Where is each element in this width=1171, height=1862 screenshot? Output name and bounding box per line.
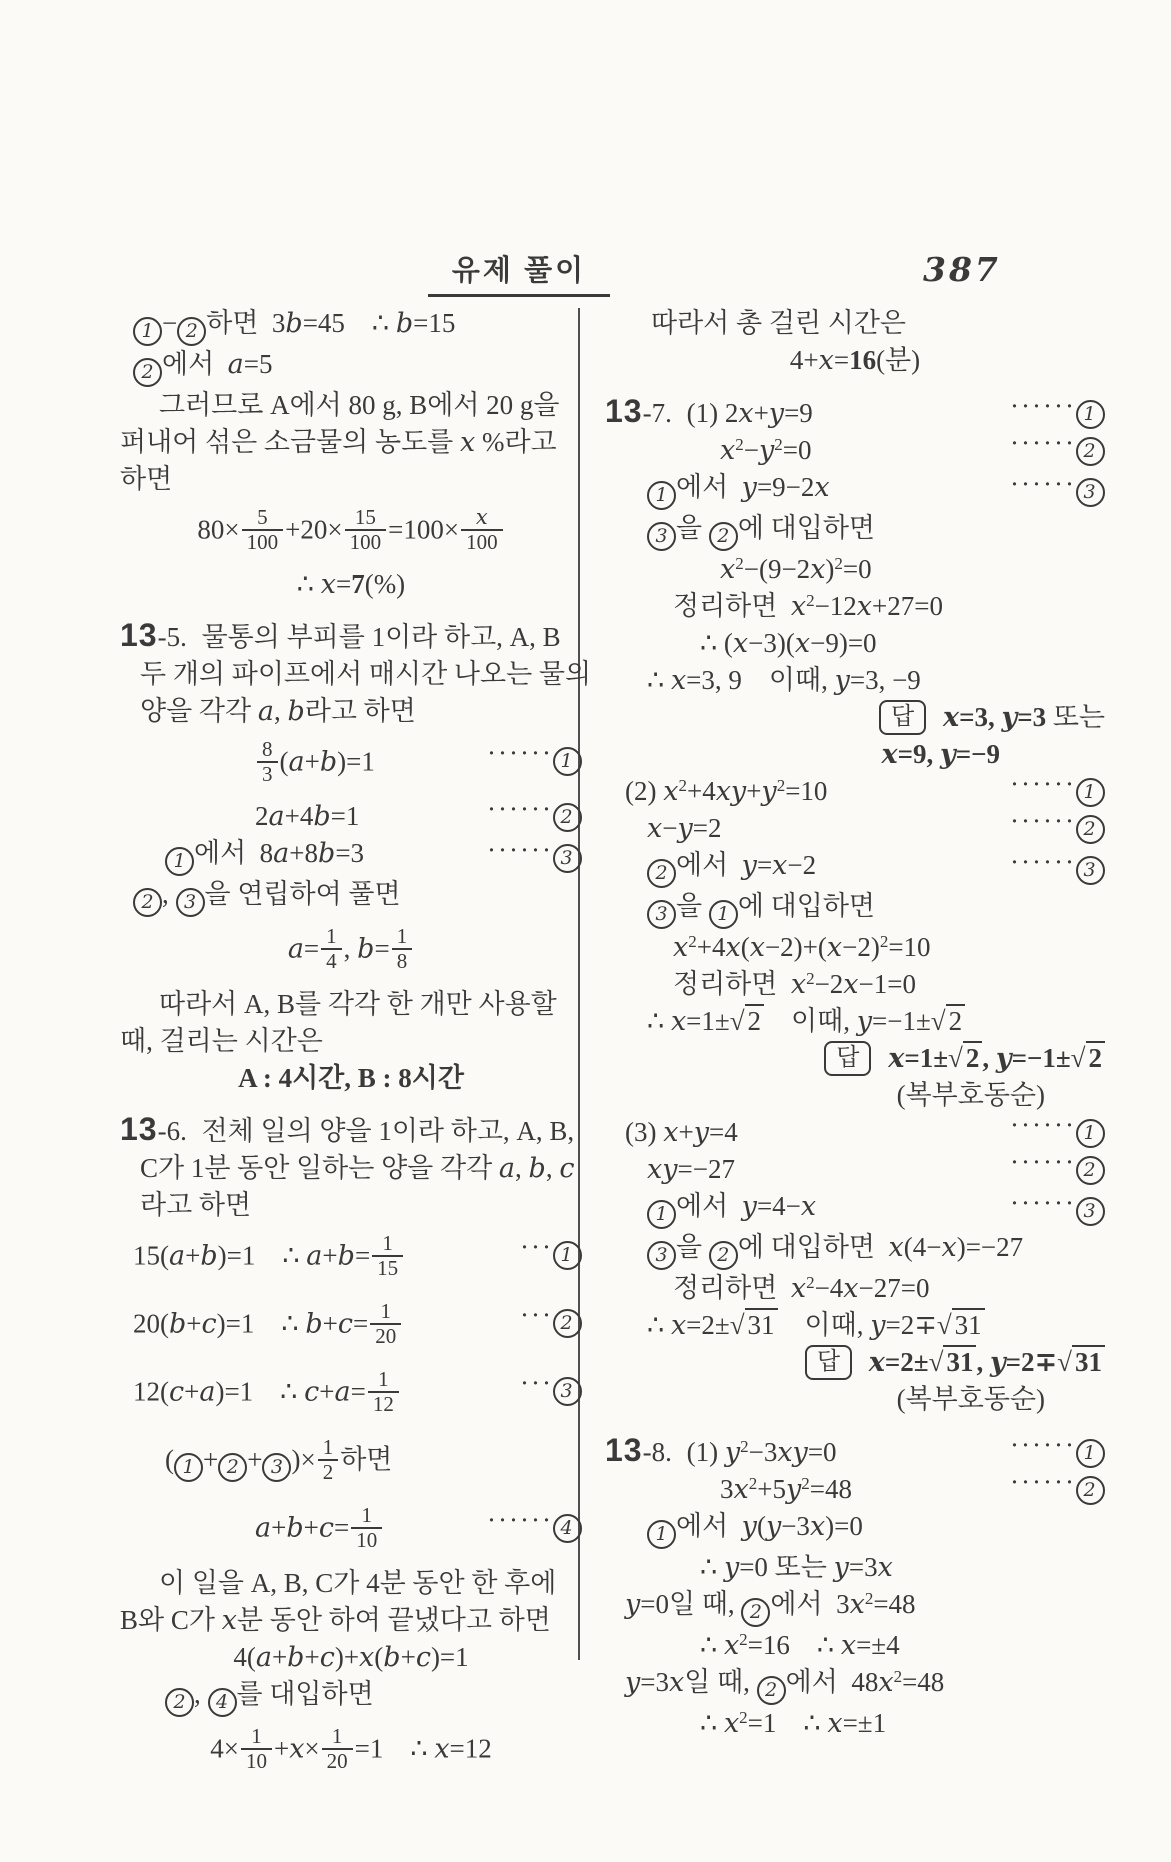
fraction: 5100 (242, 506, 284, 554)
circled-number: 2 (709, 1241, 738, 1270)
solution-line: (복부호동순) (605, 1381, 1105, 1418)
sqrt-radical: √31 (1057, 1345, 1105, 1377)
solution-line: 4(a+b+c)+x(b+c)=1 (120, 1639, 582, 1676)
circled-number: 3 (1076, 856, 1105, 885)
solution-line: 1에서 y(y−3x)=0 (647, 1508, 1105, 1549)
solution-line: 1에서 8a+8b=3······3 (165, 835, 582, 876)
solution-line: 답 x=1±√2, y=−1±√2 (605, 1040, 1105, 1077)
circled-number: 3 (1076, 478, 1105, 507)
solution-line: C가 1분 동안 일하는 양을 각각 a, b, c (140, 1150, 582, 1187)
right-column: 따라서 총 걸린 시간은4+x=16(분)13-7. (1) 2x+y=9···… (605, 305, 1105, 1742)
equation-reference: ······1 (1010, 766, 1105, 807)
solution-line: y=3x일 때, 2에서 48x2=48 (625, 1664, 1105, 1705)
solution-line: 2, 3을 연립하여 풀면 (133, 876, 582, 917)
solution-line: x2−(9−2x)2=0 (720, 551, 1105, 588)
circled-number: 2 (133, 358, 162, 387)
solution-line: ∴ x2=1 ∴ x=±1 (700, 1705, 1105, 1742)
solution-line: 때, 걸리는 시간은 (120, 1023, 582, 1060)
solution-line: 이 일을 A, B, C가 4분 동안 한 후에 (133, 1565, 582, 1602)
solution-line: 그러므로 A에서 80 g, B에서 20 g을 (133, 387, 582, 424)
solution-line: 답 x=3, y=3 또는 (605, 699, 1105, 736)
circled-number: 4 (208, 1688, 237, 1717)
sqrt-radical: √31 (929, 1345, 977, 1377)
circled-number: 2 (709, 522, 738, 551)
fraction: x100 (461, 506, 503, 554)
sqrt-radical: √2 (931, 1004, 965, 1036)
solution-line: x2+4x(x−2)+(x−2)2=10 (673, 929, 1105, 966)
solution-line: 1−2하면 3b=45 ∴ b=15 (133, 305, 582, 346)
circled-number: 1 (165, 847, 194, 876)
sqrt-radical: √2 (730, 1004, 764, 1036)
solution-line: 정리하면 x2−4x−27=0 (673, 1270, 1105, 1307)
solution-line: 3을 1에 대입하면 (647, 888, 1105, 929)
circled-number: 3 (1076, 1197, 1105, 1226)
solution-line: 1에서 y=4−x······3 (647, 1188, 1105, 1229)
solution-line: 하면 (120, 461, 582, 498)
fraction: 15100 (345, 506, 387, 554)
circled-number: 2 (133, 888, 162, 917)
equation-reference: ······2 (1010, 1144, 1105, 1185)
sqrt-radical: √2 (1071, 1041, 1105, 1073)
circled-number: 1 (174, 1453, 203, 1482)
fraction: 18 (392, 925, 413, 973)
solution-line: 83(a+b)=1······1 (255, 730, 582, 798)
answer-box: 답 (805, 1345, 852, 1380)
solution-line: 따라서 A, B를 각각 한 개만 사용할 (133, 986, 582, 1023)
circled-number: 1 (647, 1200, 676, 1229)
fraction: 115 (372, 1232, 403, 1280)
solution-line: A : 4시간, B : 8시간 (120, 1060, 582, 1097)
circled-number: 4 (553, 1514, 582, 1543)
circled-number: 2 (1076, 437, 1105, 466)
solution-line: x2−y2=0······2 (720, 432, 1105, 469)
solution-line: 따라서 총 걸린 시간은 (625, 305, 1105, 342)
solution-line: 라고 하면 (140, 1187, 582, 1224)
solution-line: 15(a+b)=1 ∴ a+b=115···1 (133, 1224, 582, 1292)
page-number: 387 (923, 250, 1001, 289)
circled-number: 3 (553, 1377, 582, 1406)
circled-number: 3 (647, 522, 676, 551)
circled-number: 1 (709, 900, 738, 929)
fraction: 83 (257, 738, 278, 786)
equation-reference: ······2 (487, 791, 582, 832)
left-column: 1−2하면 3b=45 ∴ b=152에서 a=5그러므로 A에서 80 g, … (100, 305, 582, 1785)
solution-line: 20(b+c)=1 ∴ b+c=120···2 (133, 1292, 582, 1360)
problem-number: 13-6. (120, 1116, 187, 1146)
equation-reference: ······1 (1010, 1107, 1105, 1148)
fraction: 110 (351, 1504, 382, 1552)
equation-reference: ···1 (520, 1229, 582, 1270)
circled-number: 2 (647, 859, 676, 888)
solution-line: ∴ x=1±√2 이때, y=−1±√2 (647, 1003, 1105, 1040)
fraction: 120 (322, 1725, 353, 1773)
solution-line: 양을 각각 a, b라고 하면 (140, 693, 582, 730)
solution-line: (1+2+3)×12하면 (165, 1428, 582, 1496)
circled-number: 1 (133, 317, 162, 346)
circled-number: 2 (553, 803, 582, 832)
equation-reference: ······2 (1010, 803, 1105, 844)
circled-number: 3 (176, 888, 205, 917)
solution-line: 2a+4b=1······2 (255, 798, 582, 835)
solution-line: y=0일 때, 2에서 3x2=48 (625, 1586, 1105, 1627)
circled-number: 2 (165, 1688, 194, 1717)
equation-reference: ······2 (1010, 1464, 1105, 1505)
solution-line: 정리하면 x2−12x+27=0 (673, 588, 1105, 625)
solution-line: ∴ y=0 또는 y=3x (700, 1549, 1105, 1586)
solution-line: x−y=2······2 (647, 810, 1105, 847)
solution-line: xy=−27······2 (647, 1151, 1105, 1188)
circled-number: 2 (1076, 1476, 1105, 1505)
solution-line: ∴ x2=16 ∴ x=±4 (700, 1627, 1105, 1664)
circled-number: 2 (218, 1453, 247, 1482)
solution-line: a+b+c=110······4 (255, 1496, 582, 1564)
solution-line: 답 x=2±√31, y=2∓√31 (605, 1344, 1105, 1381)
circled-number: 3 (553, 844, 582, 873)
solution-line: 3을 2에 대입하면 x(4−x)=−27 (647, 1229, 1105, 1270)
sqrt-radical: √2 (948, 1041, 982, 1073)
solution-line: 1에서 y=9−2x······3 (647, 469, 1105, 510)
solution-line: 80×5100+20×15100=100×x100 (120, 498, 582, 566)
solution-line: 4×110+x×120=1 ∴ x=12 (120, 1717, 582, 1785)
fraction: 12 (318, 1436, 339, 1484)
problem-number: 13-5. (120, 622, 187, 652)
fraction: 120 (370, 1300, 401, 1348)
answer-box: 답 (824, 1041, 871, 1076)
solution-line: 13-6. 전체 일의 양을 1이라 하고, A, B, (120, 1111, 582, 1150)
solution-line: B와 C가 x분 동안 하여 끝냈다고 하면 (120, 1602, 582, 1639)
circled-number: 1 (647, 481, 676, 510)
solution-line: 퍼내어 섞은 소금물의 농도를 x %라고 (120, 424, 582, 461)
problem-number: 13-7. (605, 398, 672, 428)
fraction: 112 (368, 1368, 399, 1416)
equation-reference: ···3 (520, 1365, 582, 1406)
solution-line: 3x2+5y2=48······2 (720, 1471, 1105, 1508)
circled-number: 2 (1076, 1156, 1105, 1185)
solution-line: ∴ x=2±√31 이때, y=2∓√31 (647, 1307, 1105, 1344)
circled-number: 2 (757, 1676, 786, 1705)
circled-number: 2 (553, 1309, 582, 1338)
equation-reference: ······3 (1010, 844, 1105, 885)
solution-line: 13-5. 물통의 부피를 1이라 하고, A, B (120, 617, 582, 656)
answer-box: 답 (879, 700, 926, 735)
solution-line: 3을 2에 대입하면 (647, 510, 1105, 551)
circled-number: 2 (177, 317, 206, 346)
equation-reference: ······3 (1010, 466, 1105, 507)
equation-reference: ······2 (1010, 425, 1105, 466)
solution-line: 4+x=16(분) (605, 342, 1105, 379)
sqrt-radical: √31 (937, 1308, 985, 1340)
solution-line: 두 개의 파이프에서 매시간 나오는 물의 (140, 656, 582, 693)
circled-number: 2 (1076, 815, 1105, 844)
circled-number: 1 (553, 747, 582, 776)
solution-line: 2에서 y=x−2······3 (647, 847, 1105, 888)
circled-number: 3 (647, 1241, 676, 1270)
equation-reference: ······1 (1010, 388, 1105, 429)
equation-reference: ······1 (487, 735, 582, 776)
equation-reference: ······4 (487, 1502, 582, 1543)
solution-line: 정리하면 x2−2x−1=0 (673, 966, 1105, 1003)
circled-number: 3 (262, 1453, 291, 1482)
equation-reference: ···2 (520, 1297, 582, 1338)
page-header-title: 유제 풀이 (428, 248, 610, 297)
fraction: 110 (241, 1725, 272, 1773)
equation-reference: ······3 (487, 832, 582, 873)
circled-number: 3 (647, 900, 676, 929)
solution-line: 12(c+a)=1 ∴ c+a=112···3 (133, 1360, 582, 1428)
circled-number: 2 (741, 1598, 770, 1627)
circled-number: 1 (553, 1241, 582, 1270)
sqrt-radical: √31 (730, 1308, 778, 1340)
fraction: 14 (321, 925, 342, 973)
solution-line: a=14, b=18 (120, 917, 582, 985)
solution-line: ∴ x=7(%) (120, 566, 582, 603)
equation-reference: ······1 (1010, 1427, 1105, 1468)
textbook-page: 유제 풀이 387 1−2하면 3b=45 ∴ b=152에서 a=5그러므로 … (0, 0, 1171, 1862)
solution-line: 2, 4를 대입하면 (165, 1676, 582, 1717)
circled-number: 1 (647, 1520, 676, 1549)
solution-line: 2에서 a=5 (133, 346, 582, 387)
equation-reference: ······3 (1010, 1185, 1105, 1226)
problem-number: 13-8. (605, 1437, 672, 1467)
solution-line: ∴ x=3, 9 이때, y=3, −9 (647, 662, 1105, 699)
solution-line: ∴ (x−3)(x−9)=0 (700, 625, 1105, 662)
